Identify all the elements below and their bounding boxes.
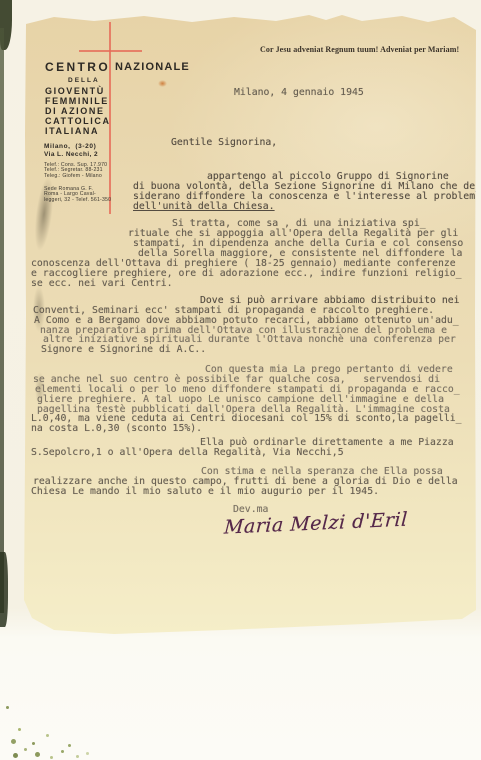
typed-line: se ecc. nei vari Centri.: [31, 279, 173, 289]
paper-stain: [158, 80, 167, 87]
contact-line: Teleg.: Giofem - Milano: [44, 174, 107, 179]
rome-line: leggeri, 32 - Telef. 561-350: [44, 198, 111, 203]
red-cross-icon: [79, 50, 142, 52]
backdrop-edge-bottom: [0, 552, 8, 627]
backdrop-edge-strip: [0, 28, 4, 613]
org-line: CATTOLICA: [45, 116, 111, 126]
letterhead-title-right: NAZIONALE: [115, 61, 190, 73]
org-line: DI AZIONE: [45, 106, 111, 116]
letterhead-della: DELLA: [68, 77, 100, 84]
letterhead-rome-office: Sede Romana G. F.Roma - Largo Caval-legg…: [44, 187, 111, 203]
org-line: ITALIANA: [45, 126, 111, 136]
letterhead-city: Milano, (3-20): [44, 143, 96, 150]
valediction: Dev.ma: [233, 505, 268, 515]
date-line: Milano, 4 gennaio 1945: [234, 88, 364, 98]
letterhead-street: Via L. Necchi, 2: [44, 151, 98, 158]
letterhead-title-left: CENTRO: [45, 60, 110, 74]
salutation: Gentile Signorina,: [171, 138, 277, 148]
typed-line: S.Sepolcro,1 o all'Opera della Regalità,…: [31, 448, 344, 458]
org-line: GIOVENTÙ: [45, 86, 111, 96]
letter-paper: CENTRO NAZIONALE DELLA GIOVENTÙFEMMINILE…: [24, 14, 476, 636]
org-line: FEMMINILE: [45, 96, 111, 106]
typed-line-underlined: dell'unità della Chiesa.: [133, 202, 275, 212]
religious-motto: Cor Jesu adveniat Regnum tuum! Adveniat …: [260, 45, 459, 54]
letterhead-contacts: Telef.: Cons. Sup. 17.970Telef.: Segreta…: [44, 163, 107, 179]
typed-line: Chiesa Le mando il mio saluto e il mio a…: [31, 487, 379, 497]
scanned-letter-photo: CENTRO NAZIONALE DELLA GIOVENTÙFEMMINILE…: [0, 0, 481, 760]
letterhead-organization: GIOVENTÙFEMMINILEDI AZIONECATTOLICAITALI…: [45, 86, 111, 136]
typed-line: Signore e Signorine di A.C..: [41, 345, 206, 355]
backdrop-speckles: [6, 706, 9, 709]
typed-line: na costa L.0,30 (sconto 15%).: [31, 424, 202, 434]
